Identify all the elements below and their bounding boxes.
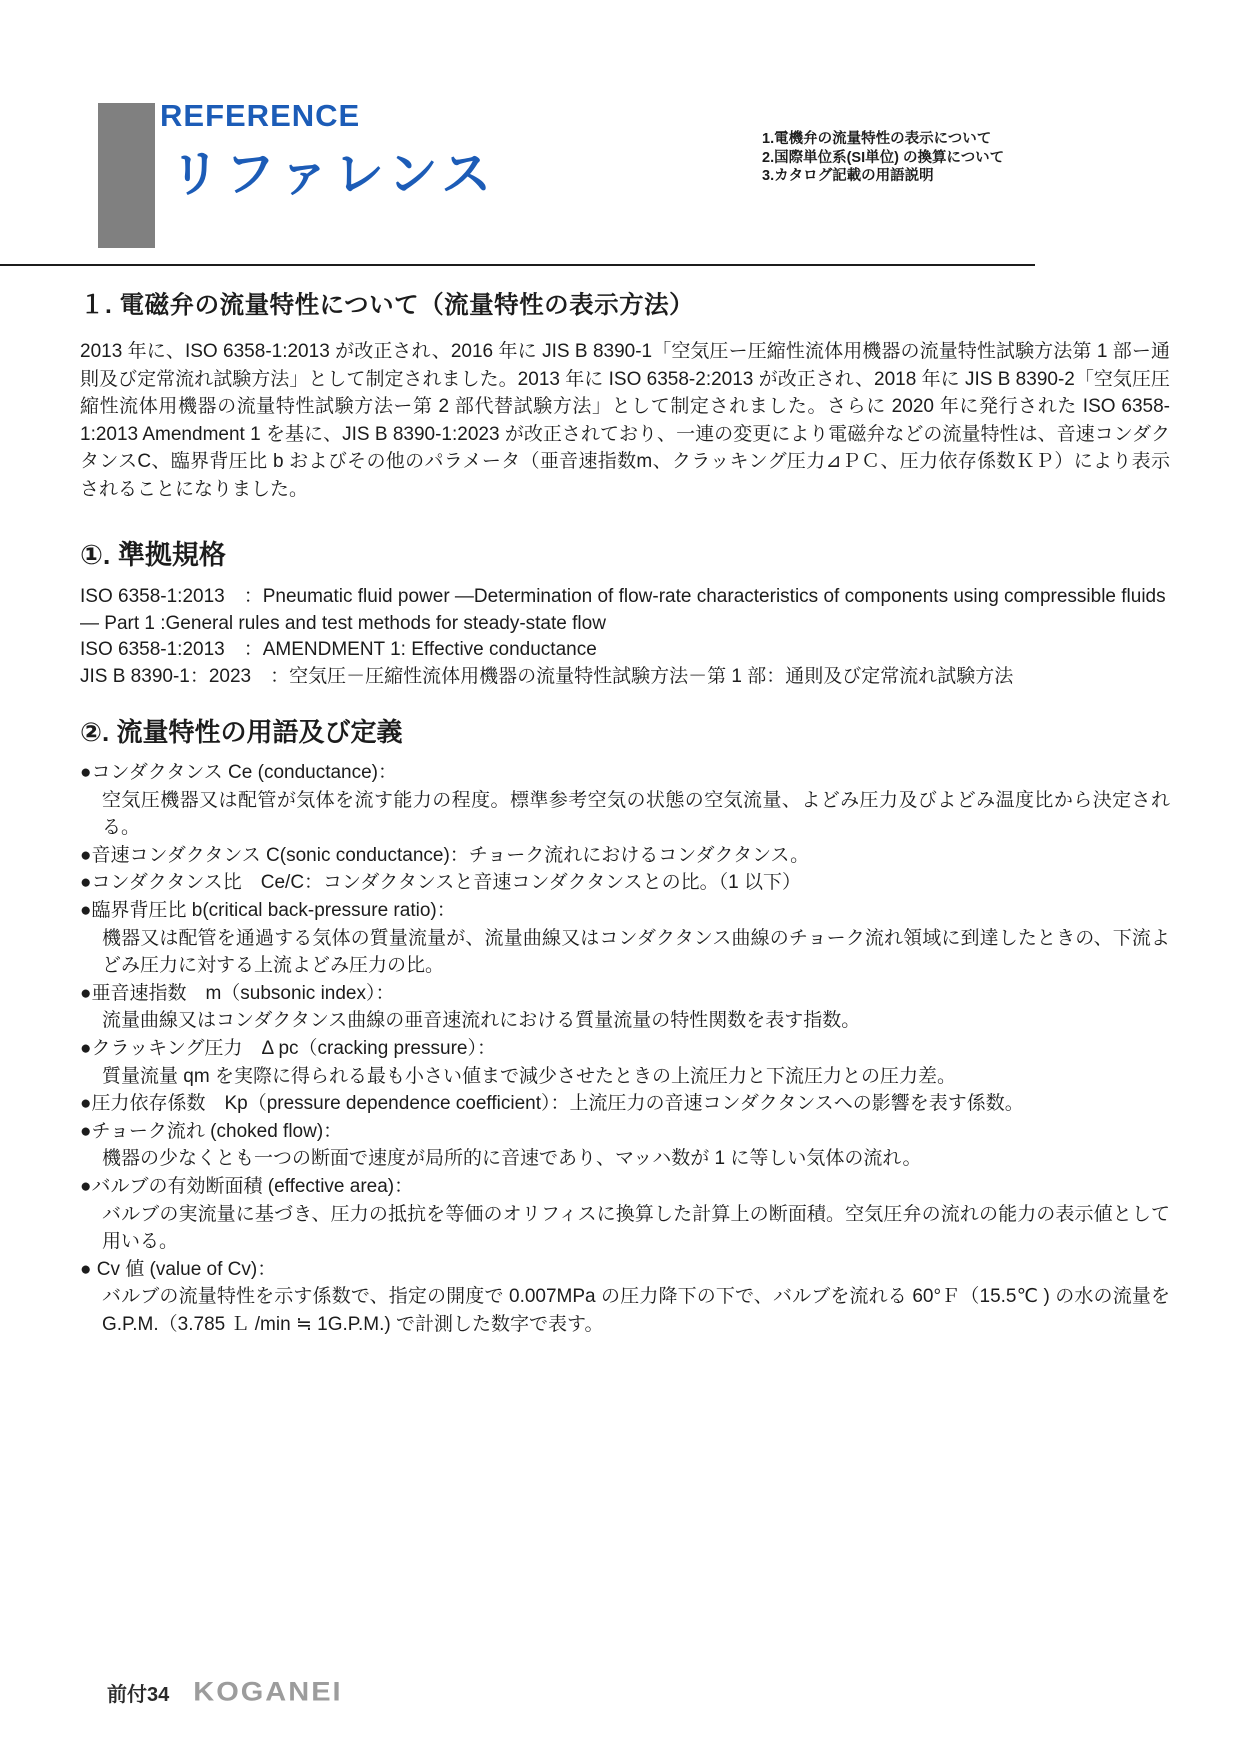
standards-heading: ①. 準拠規格 — [80, 533, 1170, 572]
definition-item: ●圧力依存係数 Kp（pressure dependence coefficie… — [80, 1090, 1170, 1118]
definition-item: ●コンダクタンス Ce (conductance)： 空気圧機器又は配管が気体を… — [80, 759, 1170, 842]
page-body: １. 電磁弁の流量特性について（流量特性の表示方法） 2013 年に、ISO 6… — [80, 286, 1170, 1338]
definition-term: ●音速コンダクタンス C(sonic conductance)：チョーク流れにお… — [80, 842, 1170, 870]
definition-item: ●亜音速指数 m（subsonic index）： 流量曲線又はコンダクタンス曲… — [80, 980, 1170, 1035]
definition-item: ●臨界背圧比 b(critical back-pressure ratio)： … — [80, 897, 1170, 980]
definition-description: バルブの流量特性を示す係数で、指定の開度で 0.007MPa の圧力降下の下で、… — [80, 1283, 1170, 1338]
definitions-heading: ②. 流量特性の用語及び定義 — [80, 712, 1170, 749]
definition-term: ●コンダクタンス Ce (conductance)： — [80, 759, 1170, 787]
page-title-en: REFERENCE — [160, 98, 360, 134]
definition-item: ●クラッキング圧力 Δ pc（cracking pressure）： 質量流量 … — [80, 1035, 1170, 1090]
definition-description: 空気圧機器又は配管が気体を流す能力の程度。標準参考空気の状態の空気流量、よどみ圧… — [80, 787, 1170, 842]
definition-term: ●コンダクタンス比 Ce/C：コンダクタンスと音速コンダクタンスとの比。（1 以… — [80, 869, 1170, 897]
definition-term: ● Cv 値 (value of Cv)： — [80, 1256, 1170, 1284]
definition-description: バルブの実流量に基づき、圧力の抵抗を等価のオリフィスに換算した計算上の断面積。空… — [80, 1201, 1170, 1256]
header-contents-list: 1.電機弁の流量特性の表示について 2.国際単位系(SI単位) の換算について … — [762, 130, 1004, 186]
header-contents-item: 2.国際単位系(SI単位) の換算について — [762, 149, 1004, 168]
definition-item: ●音速コンダクタンス C(sonic conductance)：チョーク流れにお… — [80, 842, 1170, 870]
standards-item: ISO 6358-1:2013 ：Pneumatic fluid power —… — [80, 584, 1170, 637]
page-number: 前付34 — [107, 1678, 169, 1707]
definition-term: ●圧力依存係数 Kp（pressure dependence coefficie… — [80, 1090, 1170, 1118]
section-intro-paragraph: 2013 年に、ISO 6358-1:2013 が改正され、2016 年に JI… — [80, 338, 1170, 503]
definition-description: 機器又は配管を通過する気体の質量流量が、流量曲線又はコンダクタンス曲線のチョーク… — [80, 925, 1170, 980]
definition-term: ●亜音速指数 m（subsonic index）： — [80, 980, 1170, 1008]
header-contents-item: 1.電機弁の流量特性の表示について — [762, 130, 1004, 149]
definition-description: 機器の少なくとも一つの断面で速度が局所的に音速であり、マッハ数が 1 に等しい気… — [80, 1145, 1170, 1173]
definition-item: ●チョーク流れ (choked flow)： 機器の少なくとも一つの断面で速度が… — [80, 1118, 1170, 1173]
header-contents-item: 3.カタログ記載の用語説明 — [762, 167, 1004, 186]
header-divider-line — [0, 264, 1035, 266]
definition-item: ●コンダクタンス比 Ce/C：コンダクタンスと音速コンダクタンスとの比。（1 以… — [80, 869, 1170, 897]
standards-list: ISO 6358-1:2013 ：Pneumatic fluid power —… — [80, 584, 1170, 690]
definition-term: ●バルブの有効断面積 (effective area)： — [80, 1173, 1170, 1201]
definition-description: 流量曲線又はコンダクタンス曲線の亜音速流れにおける質量流量の特性関数を表す指数。 — [80, 1007, 1170, 1035]
header-accent-block — [98, 103, 155, 248]
definition-description: 質量流量 qm を実際に得られる最も小さい値まで減少させたときの上流圧力と下流圧… — [80, 1063, 1170, 1091]
definition-term: ●臨界背圧比 b(critical back-pressure ratio)： — [80, 897, 1170, 925]
koganei-logo: KOGANEI — [193, 1677, 342, 1707]
definition-term: ●チョーク流れ (choked flow)： — [80, 1118, 1170, 1146]
standards-item: ISO 6358-1:2013 ：AMENDMENT 1: Effective … — [80, 637, 1170, 664]
section-title: １. 電磁弁の流量特性について（流量特性の表示方法） — [80, 286, 1170, 321]
page-title-ja: リファレンス — [170, 134, 496, 206]
definition-item: ●バルブの有効断面積 (effective area)： バルブの実流量に基づき… — [80, 1173, 1170, 1256]
definition-item: ● Cv 値 (value of Cv)： バルブの流量特性を示す係数で、指定の… — [80, 1256, 1170, 1339]
definition-term: ●クラッキング圧力 Δ pc（cracking pressure）： — [80, 1035, 1170, 1063]
page-footer: 前付34 KOGANEI — [107, 1676, 343, 1709]
definitions-list: ●コンダクタンス Ce (conductance)： 空気圧機器又は配管が気体を… — [80, 759, 1170, 1338]
standards-item: JIS B 8390-1：2023 ：空気圧－圧縮性流体用機器の流量特性試験方法… — [80, 664, 1170, 691]
